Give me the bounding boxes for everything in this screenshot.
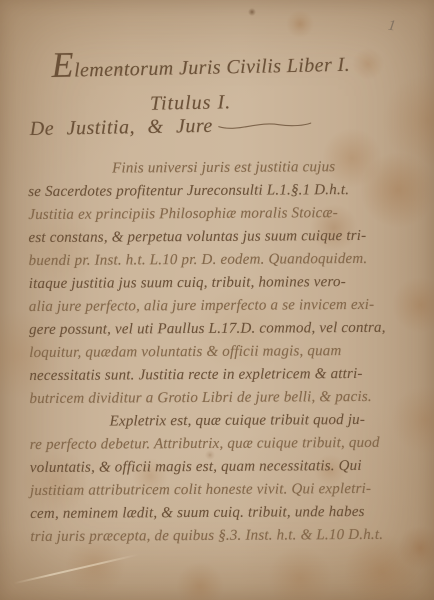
manuscript-title: Elementorum Juris Civilis Liber I. <box>51 37 392 86</box>
chapter-heading: De Justitia, & Jure <box>30 113 313 141</box>
manuscript-subtitle: Titulus I. <box>150 91 232 115</box>
manuscript-line: necessitatis sunt. Justitia recte in exp… <box>29 363 415 388</box>
chapter-heading-text: De Justitia, & Jure <box>30 115 213 140</box>
manuscript-line: Expletrix est, quæ cuique tribuit quod j… <box>30 409 416 434</box>
scratch-mark <box>13 554 138 585</box>
flourish-line <box>217 118 313 134</box>
page-number: 1 <box>387 18 397 36</box>
manuscript-line: buendi pr. Inst. h.t. L.10 pr. D. eodem.… <box>29 248 415 273</box>
manuscript-line: re perfecto debetur. Attributrix, quæ cu… <box>30 432 416 457</box>
manuscript-line: itaque justitia jus suum cuiq, tribuit, … <box>29 271 415 296</box>
manuscript-line: gere possunt, vel uti Paullus L.17.D. co… <box>29 317 415 342</box>
manuscript-line: Finis universi juris est justitia cujus <box>28 156 414 181</box>
manuscript-body: Finis universi juris est justitia cujus … <box>28 156 416 549</box>
manuscript-line: Justitia ex principiis Philosophiæ moral… <box>28 202 414 227</box>
manuscript-line: est constans, & perpetua voluntas jus su… <box>28 225 414 250</box>
manuscript-line: alia jure perfecto, alia jure imperfecto… <box>29 294 415 319</box>
manuscript-line: se Sacerdotes profitentur Jureconsulti L… <box>28 179 414 204</box>
manuscript-line: loquitur, quædam voluntatis & officii ma… <box>29 340 415 365</box>
manuscript-line: cem, neminem lædit, & suum cuiq. tribuit… <box>30 501 416 526</box>
manuscript-line: voluntatis, & officii magis est, quam ne… <box>30 455 416 480</box>
manuscript-line: tria juris præcepta, de quibus §.3. Inst… <box>30 524 416 549</box>
manuscript-line: butricem dividitur a Grotio Libri de jur… <box>29 386 415 411</box>
manuscript-line: justitiam attributricem colit honeste vi… <box>30 478 416 503</box>
manuscript-page: 1 Elementorum Juris Civilis Liber I. Tit… <box>0 0 434 600</box>
